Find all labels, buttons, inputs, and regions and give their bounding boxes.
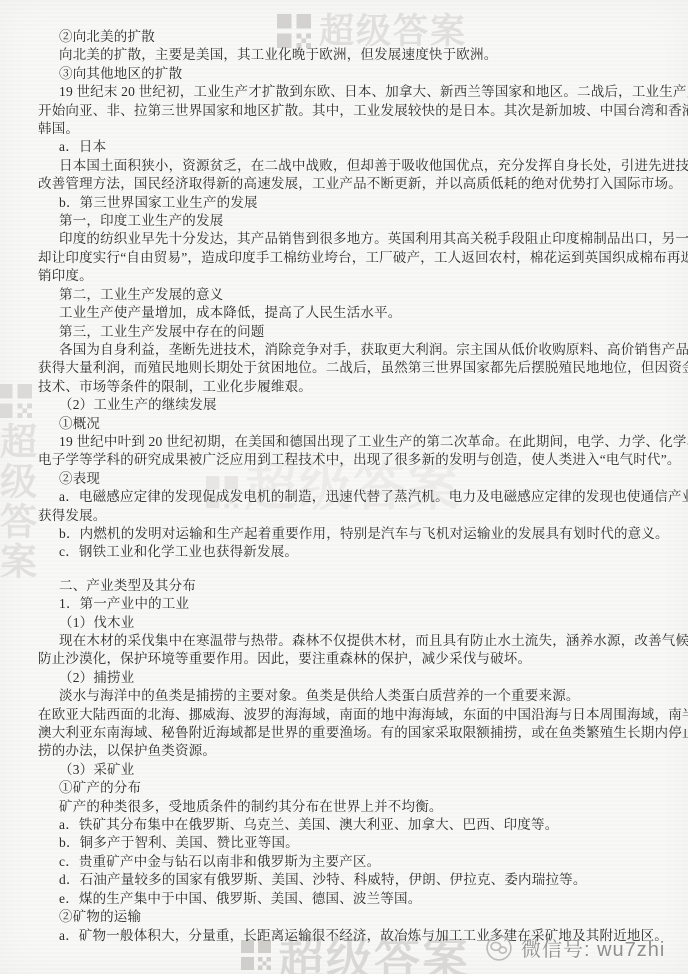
text-line: 韩国。 [38, 120, 654, 138]
text-line: 19 世纪末 20 世纪初，工业生产才扩散到东欧、日本、加拿大、新西兰等国家和地… [38, 83, 654, 101]
text-line: 淡水与海洋中的鱼类是捕捞的主要对象。鱼类是供给人类蛋白质营养的一个重要来源。 [38, 687, 654, 705]
text-line: ①矿产的分布 [38, 779, 654, 797]
watermark-brand-text: 超级答案 [0, 422, 34, 582]
text-line: 第二，工业生产发展的意义 [38, 286, 654, 304]
wechat-icon [485, 934, 513, 962]
text-line: 向北美的扩散，主要是美国，其工业化晚于欧洲，但发展速度快于欧洲。 [38, 46, 654, 64]
text-line: 却让印度实行“自由贸易”，造成印度手工棉纺业垮台，工厂破产，工人返回农村，棉花运… [38, 249, 654, 267]
text-line: ②向北美的扩散 [38, 28, 654, 46]
text-line: （1）伐木业 [38, 614, 654, 632]
text-line: （2）捕捞业 [38, 669, 654, 687]
text-line: （2）工业生产的继续发展 [38, 396, 654, 414]
text-line: e．煤的生产集中于中国、俄罗斯、美国、德国、波兰等国。 [38, 890, 654, 908]
text-line: 第一，印度工业生产的发展 [38, 212, 654, 230]
text-line: （3）采矿业 [38, 761, 654, 779]
text-line: ①概况 [38, 415, 654, 433]
text-line: 矿产的种类很多，受地质条件的制约其分布在世界上并不均衡。 [38, 798, 654, 816]
text-line: ②表现 [38, 470, 654, 488]
wechat-id-label: 微信号: wu7zhi [521, 933, 665, 962]
text-line: 现在木材的采伐集中在寒温带与热带。森林不仅提供木材，而且具有防止水土流失，涵养水… [38, 632, 654, 650]
text-line: 防止沙漠化，保护环境等重要作用。因此，要注重森林的保护，减少采伐与破坏。 [38, 650, 654, 668]
text-line: 各国为自身利益，垄断先进技术，消除竞争对手，获取更大利润。宗主国从低价收购原料、… [38, 341, 654, 359]
text-line: b．铜多产于智利、美国、赞比亚等国。 [38, 834, 654, 852]
document-lines: ②向北美的扩散向北美的扩散，主要是美国，其工业化晚于欧洲，但发展速度快于欧洲。③… [38, 28, 654, 945]
wechat-stamp: 微信号: wu7zhi [485, 933, 665, 962]
text-line: ②矿物的运输 [38, 908, 654, 926]
text-line: 澳大利亚东南海域、秘鲁附近海域都是世界的重要渔场。有的国家采取限额捕捞，或在鱼类… [38, 724, 654, 742]
text-line: c．贵重矿产中金与钻石以南非和俄罗斯为主要产区。 [38, 853, 654, 871]
text-line: 日本国土面积狭小，资源贫乏，在二战中战败，但却善于吸收他国优点，充分发挥自身长处… [38, 157, 654, 175]
text-line: 在欧亚大陆西面的北海、挪威海、波罗的海海域，南面的地中海海域，东面的中国沿海与日… [38, 706, 654, 724]
text-line: 开始向亚、非、拉第三世界国家和地区扩散。其中，工业发展较快的是日本。其次是新加坡… [38, 102, 654, 120]
text-line: 电子学等学科的研究成果被广泛应用到工程技术中，出现了很多新的发明与创造，使人类进… [38, 451, 654, 469]
text-line: 二、产业类型及其分布 [38, 577, 654, 595]
text-line: 1．第一产业中的工业 [38, 595, 654, 613]
text-line: ③向其他地区的扩散 [38, 65, 654, 83]
text-line: c．钢铁工业和化学工业也获得新发展。 [38, 543, 654, 561]
text-line: 获得发展。 [38, 507, 654, 525]
scanned-document-page: 超级答案 超级答案 超级答案 超级答案 ②向北美的扩散向北美的扩散，主要是美国，… [0, 0, 688, 974]
watermark-left-vertical: 超级答案 [0, 384, 34, 582]
text-line: 捞的办法，以保护鱼类资源。 [38, 742, 654, 760]
text-line [38, 562, 654, 577]
text-line: a．日本 [38, 138, 654, 156]
text-line: d．石油产量较多的国家有俄罗斯、美国、沙特、科威特，伊朗、伊拉克、委内瑞拉等。 [38, 871, 654, 889]
text-line: 印度的纺织业早先十分发达，其产品销售到很多地方。英国利用其高关税手段阻止印度棉制… [38, 230, 654, 248]
text-line: 获得大量利润，而殖民地则长期处于贫困地位。二战后，虽然第三世界国家都先后摆脱殖民… [38, 359, 654, 377]
text-line: a．电磁感应定律的发现促成发电机的制造，迅速代替了蒸汽机。电力及电磁感应定律的发… [38, 488, 654, 506]
text-line: b．内燃机的发明对运输和生产起着重要作用，特别是汽车与飞机对运输业的发展具有划时… [38, 525, 654, 543]
text-line: 第三，工业生产发展中存在的问题 [38, 323, 654, 341]
text-line: a．铁矿其分布集中在俄罗斯、乌克兰、美国、澳大利亚、加拿大、巴西、印度等。 [38, 816, 654, 834]
text-line: b．第三世界国家工业生产的发展 [38, 194, 654, 212]
text-line: 19 世纪中叶到 20 世纪初期，在美国和德国出现了工业生产的第二次革命。在此期… [38, 433, 654, 451]
text-line: 工业生产使产量增加，成本降低，提高了人民生活水平。 [38, 304, 654, 322]
text-line: 销印度。 [38, 267, 654, 285]
qr-code-icon [0, 384, 34, 418]
text-line: 技术、市场等条件的限制，工业化步履维艰。 [38, 378, 654, 396]
text-line: 改善管理方法，国民经济取得新的高速发展，工业产品不断更新，并以高质低耗的绝对优势… [38, 175, 654, 193]
